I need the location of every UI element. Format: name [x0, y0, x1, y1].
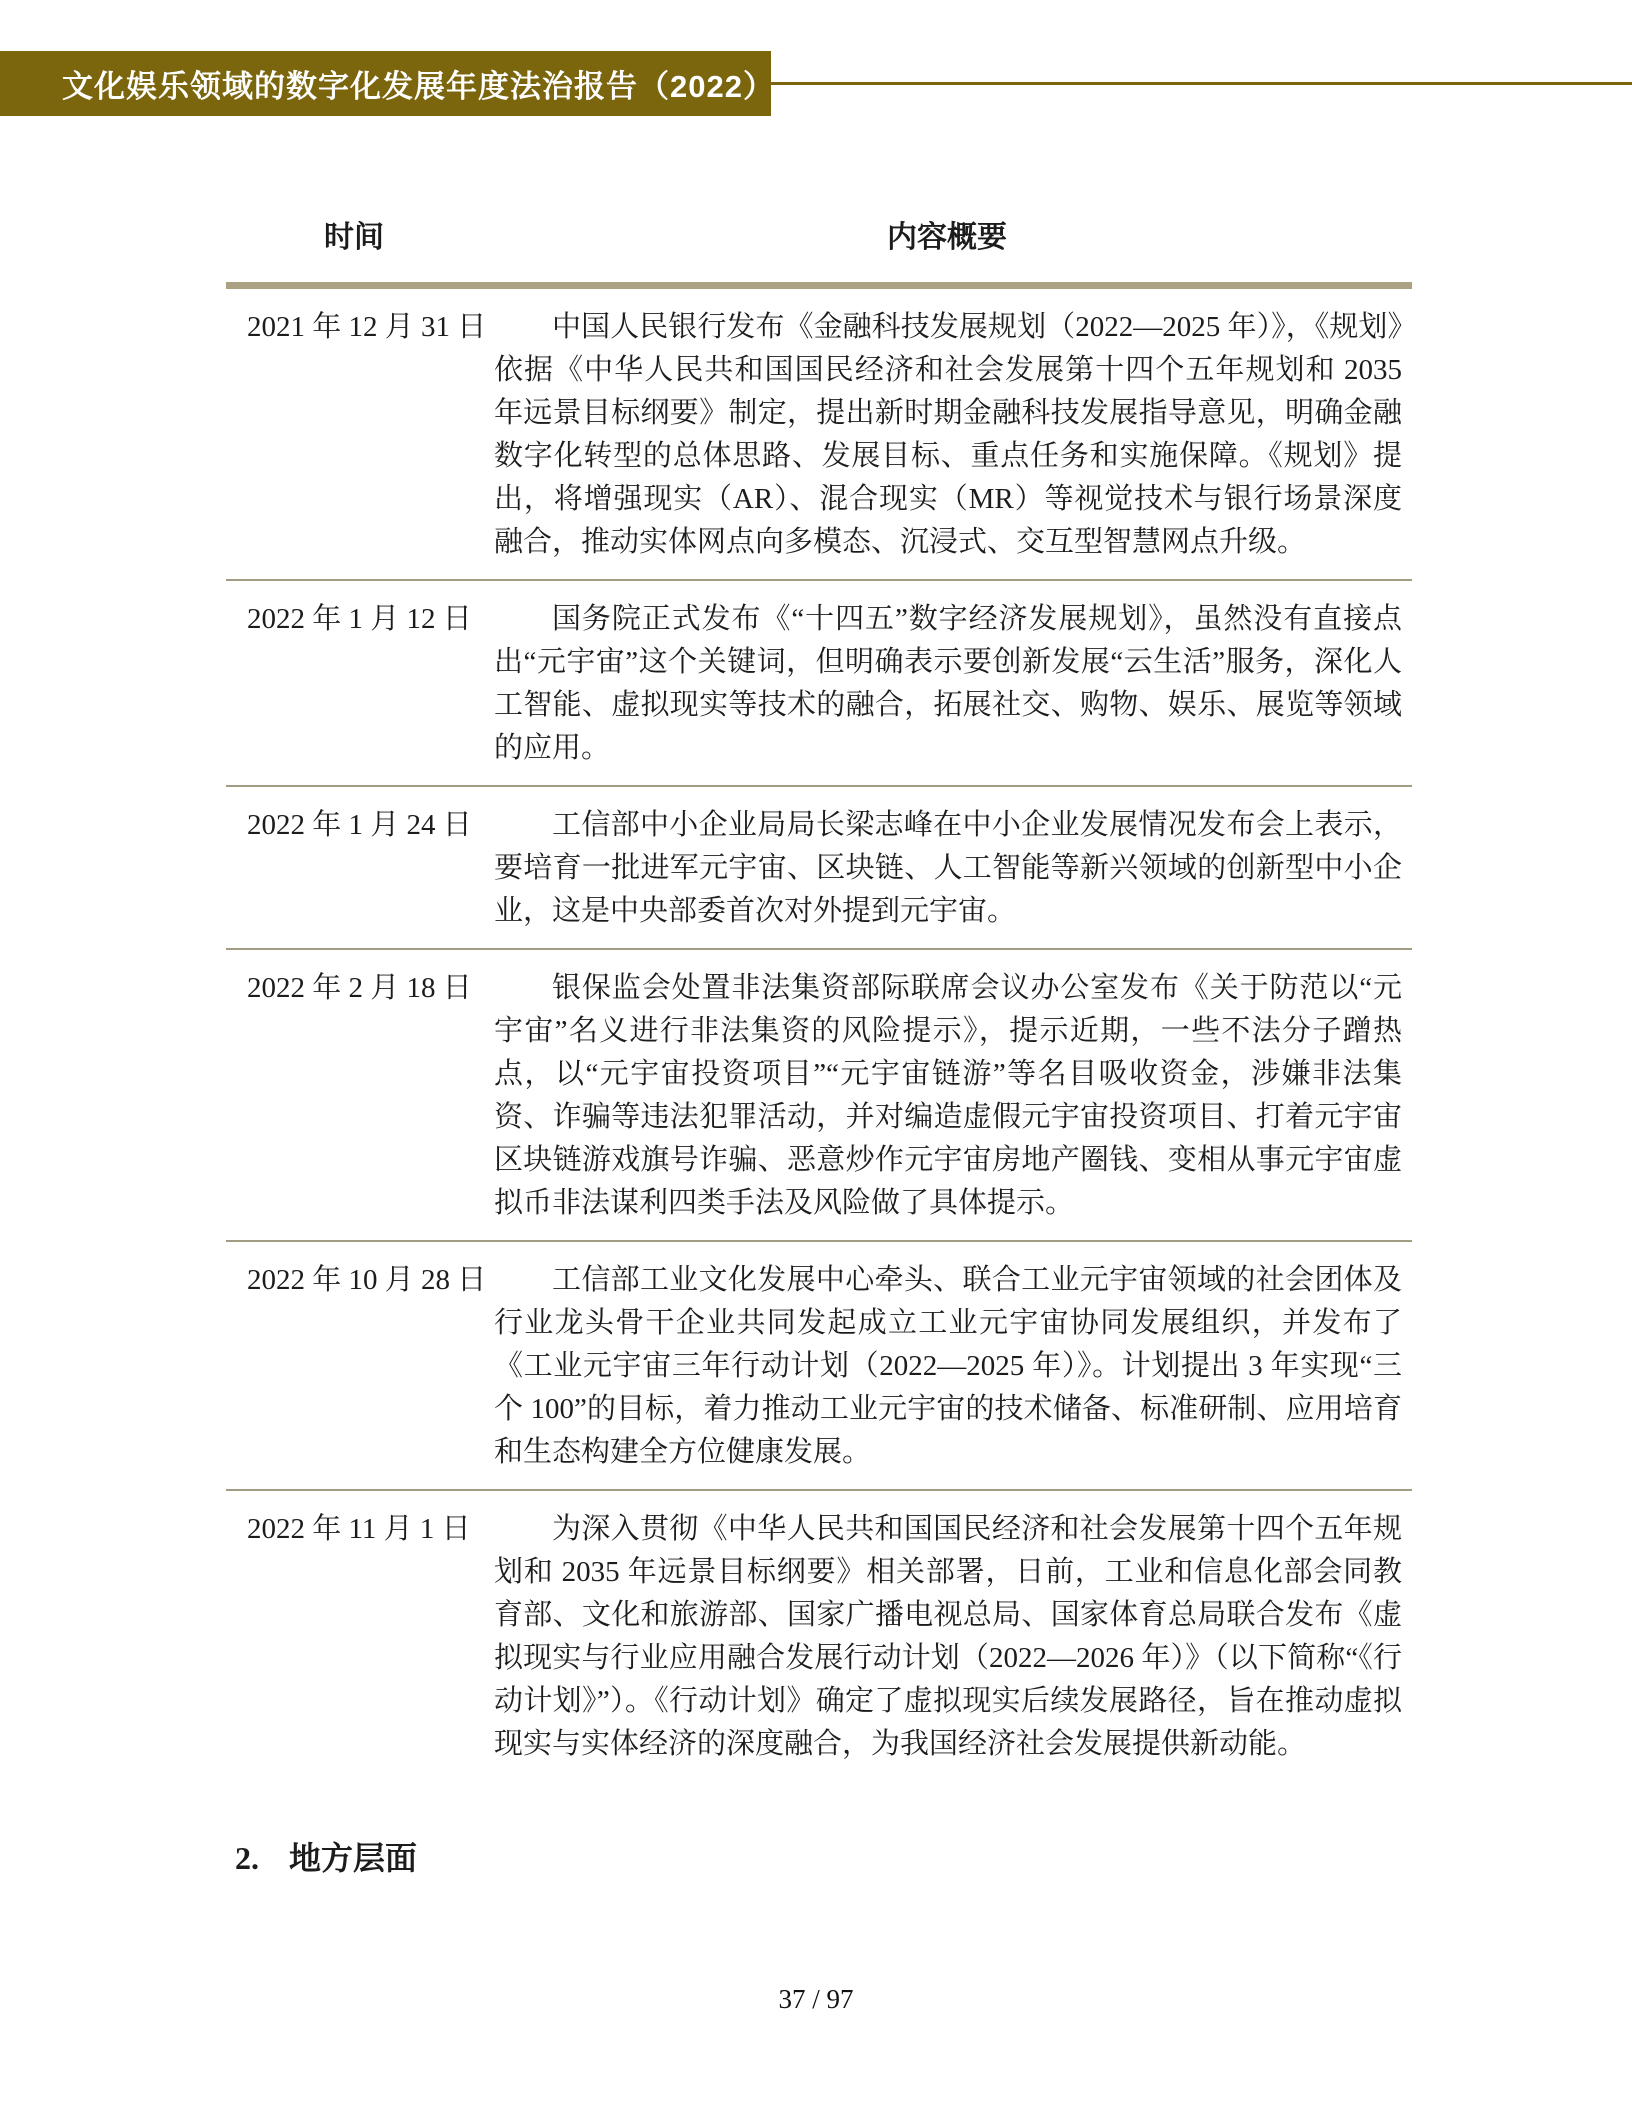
banner-rule-line [771, 82, 1632, 85]
section-number: 2. [235, 1840, 259, 1877]
row-summary: 工信部中小企业局局长梁志峰在中小企业发展情况发布会上表示，要培育一批进军元宇宙、… [482, 804, 1412, 933]
table-row: 2022 年 1 月 24 日 工信部中小企业局局长梁志峰在中小企业发展情况发布… [226, 787, 1412, 950]
table-row: 2022 年 11 月 1 日 为深入贯彻《中华人民共和国国民经济和社会发展第十… [226, 1491, 1412, 1781]
column-header-summary: 内容概要 [482, 212, 1412, 256]
timeline-table-body: 2021 年 12 月 31 日 中国人民银行发布《金融科技发展规划（2022—… [226, 289, 1412, 1781]
row-date: 2022 年 2 月 18 日 [226, 967, 482, 1225]
row-date: 2022 年 10 月 28 日 [226, 1259, 482, 1474]
row-date: 2021 年 12 月 31 日 [226, 306, 482, 564]
row-summary: 中国人民银行发布《金融科技发展规划（2022—2025 年）》，《规划》依据《中… [482, 306, 1412, 564]
row-summary: 国务院正式发布《“十四五”数字经济发展规划》，虽然没有直接点出“元宇宙”这个关键… [482, 598, 1412, 770]
row-date: 2022 年 1 月 24 日 [226, 804, 482, 933]
row-summary: 工信部工业文化发展中心牵头、联合工业元宇宙领域的社会团体及行业龙头骨干企业共同发… [482, 1259, 1412, 1474]
table-row: 2022 年 1 月 12 日 国务院正式发布《“十四五”数字经济发展规划》，虽… [226, 581, 1412, 787]
section-heading: 2. 地方层面 [235, 1833, 1412, 1879]
report-title: 文化娱乐领域的数字化发展年度法治报告（2022） [62, 61, 775, 106]
row-date: 2022 年 1 月 12 日 [226, 598, 482, 770]
report-title-banner: 文化娱乐领域的数字化发展年度法治报告（2022） [0, 51, 771, 116]
page-number: 37 / 97 [0, 1984, 1632, 2015]
column-header-time: 时间 [226, 212, 482, 256]
table-header-row: 时间 内容概要 [226, 196, 1412, 289]
table-row: 2022 年 10 月 28 日 工信部工业文化发展中心牵头、联合工业元宇宙领域… [226, 1242, 1412, 1491]
timeline-table: 时间 内容概要 2021 年 12 月 31 日 中国人民银行发布《金融科技发展… [226, 196, 1412, 1879]
table-row: 2021 年 12 月 31 日 中国人民银行发布《金融科技发展规划（2022—… [226, 289, 1412, 581]
table-row: 2022 年 2 月 18 日 银保监会处置非法集资部际联席会议办公室发布《关于… [226, 950, 1412, 1242]
row-summary: 为深入贯彻《中华人民共和国国民经济和社会发展第十四个五年规划和 2035 年远景… [482, 1508, 1412, 1766]
row-summary: 银保监会处置非法集资部际联席会议办公室发布《关于防范以“元宇宙”名义进行非法集资… [482, 967, 1412, 1225]
section-title: 地方层面 [289, 1833, 417, 1879]
row-date: 2022 年 11 月 1 日 [226, 1508, 482, 1766]
